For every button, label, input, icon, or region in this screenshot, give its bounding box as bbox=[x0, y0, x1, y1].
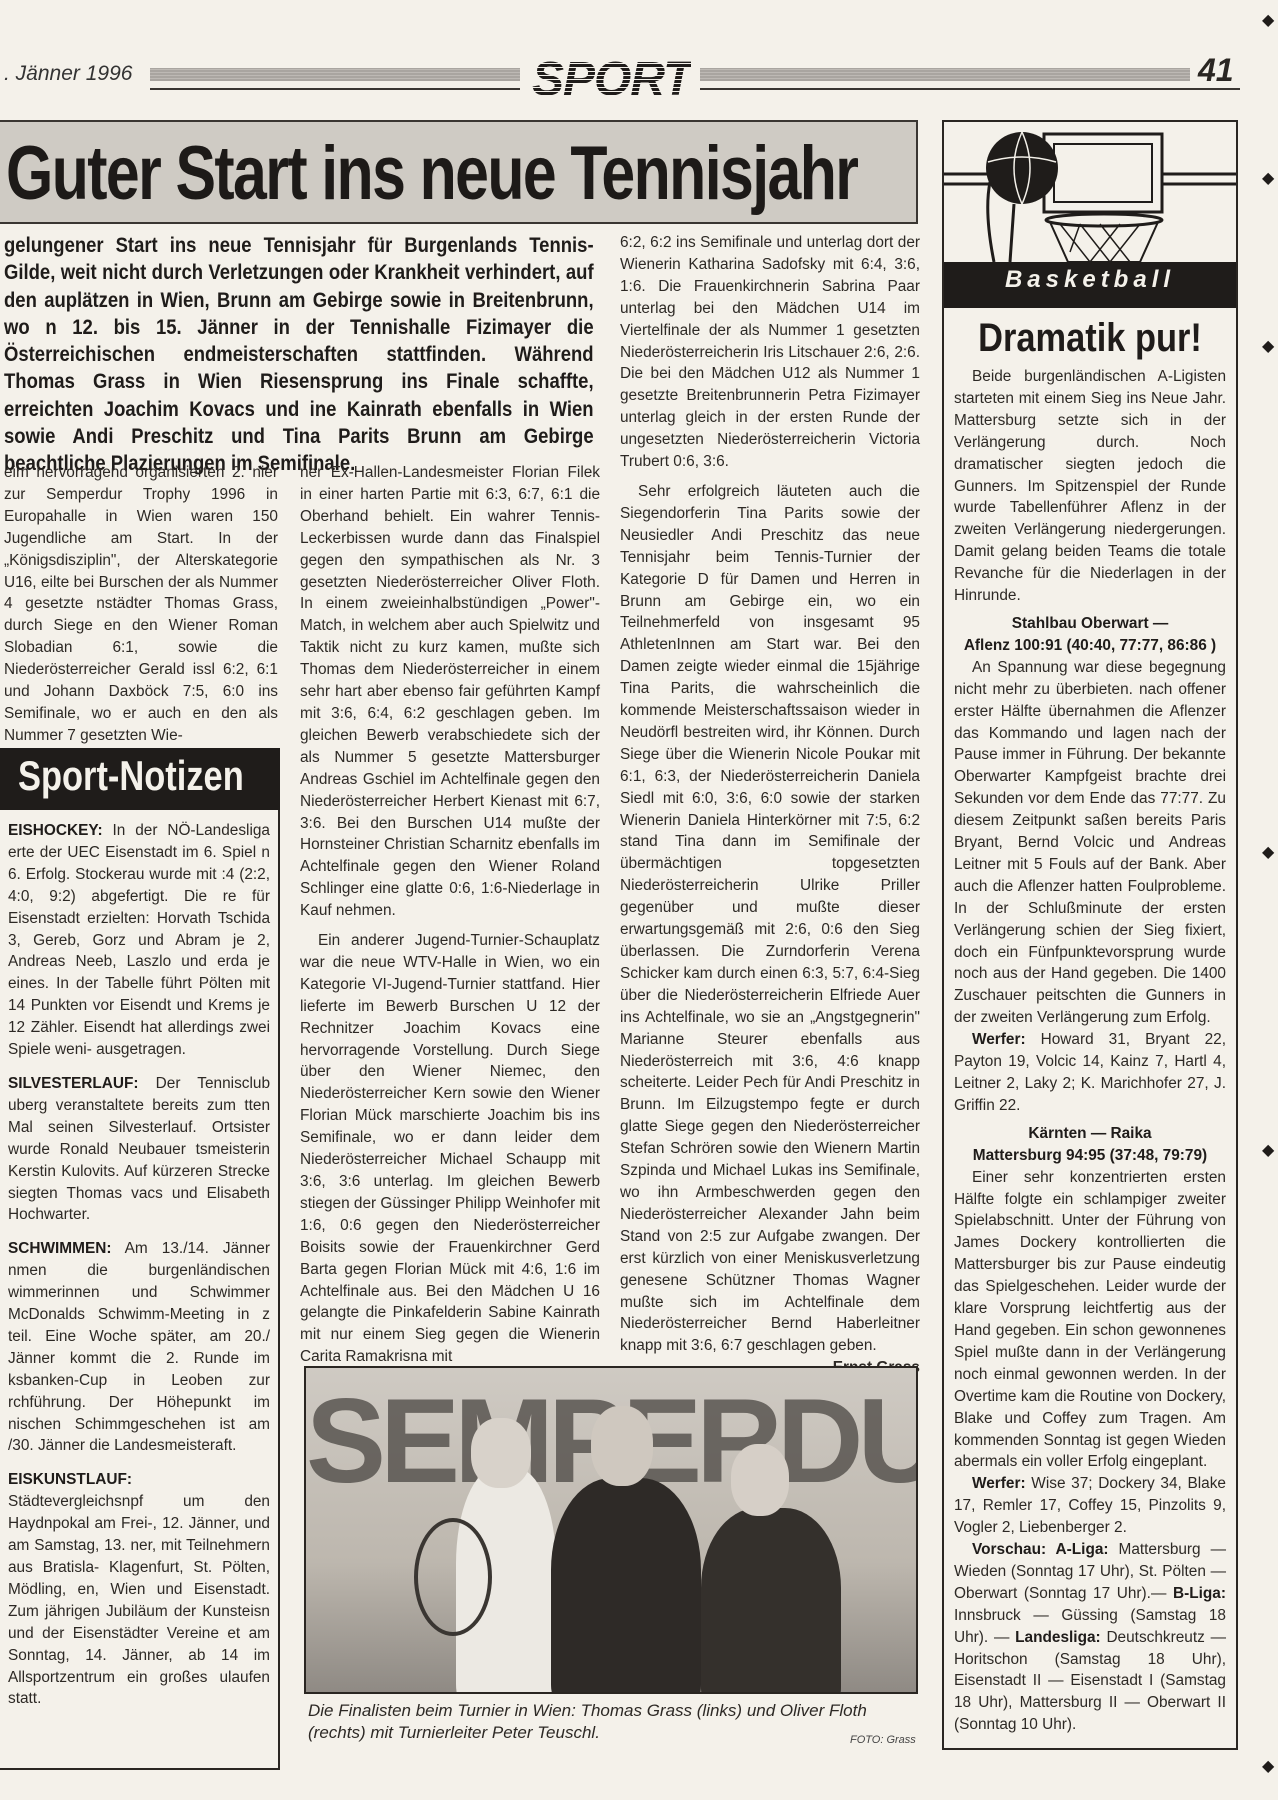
article-paragraph: ner Ex-Hallen-Landesmeister Florian File… bbox=[300, 462, 600, 922]
tennis-racket-icon bbox=[414, 1518, 492, 1636]
finalists-photo: SEMPERDU bbox=[304, 1366, 918, 1694]
match-2-report: Einer sehr konzentrierten ersten Hälfte … bbox=[954, 1167, 1226, 1474]
basketball-body: Beide burgenländischen A-Ligisten starte… bbox=[954, 366, 1226, 1736]
article-paragraph: Ein anderer Jugend-Turnier-Schauplatz wa… bbox=[300, 930, 600, 1368]
person-right bbox=[701, 1508, 841, 1694]
header-rule-right bbox=[700, 68, 1190, 81]
margin-mark: ◆ bbox=[1262, 1140, 1274, 1160]
margin-mark: ◆ bbox=[1262, 168, 1274, 188]
sport-notizen-title: Sport-Notizen bbox=[18, 752, 244, 800]
header-rule-left bbox=[150, 68, 520, 81]
margin-mark: ◆ bbox=[1262, 10, 1274, 30]
notice-item: SILVESTERLAUF: Der Tennisclub uberg vera… bbox=[8, 1073, 270, 1226]
margin-mark: ◆ bbox=[1262, 1756, 1274, 1776]
match-2-title: Kärnten — RaikaMattersburg 94:95 (37:48,… bbox=[954, 1123, 1226, 1167]
issue-date: . Jänner 1996 bbox=[4, 62, 132, 86]
article-paragraph: 6:2, 6:2 ins Semifinale und unterlag dor… bbox=[620, 232, 920, 473]
notice-item: EISKUNSTLAUF: Städtevergleichsnpf um den… bbox=[8, 1469, 270, 1710]
article-paragraph: Sehr erfolgreich läuteten auch die Siege… bbox=[620, 481, 920, 1357]
preview: Vorschau: A-Liga: Mattersburg — Wieden (… bbox=[954, 1539, 1226, 1736]
section-title: SPORT bbox=[532, 52, 691, 107]
match-1-title: Stahlbau Oberwart —Aflenz 100:91 (40:40,… bbox=[954, 613, 1226, 657]
photo-credit: FOTO: Grass bbox=[850, 1734, 916, 1746]
header-line-right bbox=[700, 88, 1240, 90]
person-center-head bbox=[591, 1406, 653, 1486]
article-headline: Guter Start ins neue Tennisjahr bbox=[6, 130, 857, 217]
sport-notizen-body: EISHOCKEY: In der NÖ-Landesliga erte der… bbox=[8, 820, 270, 1722]
basketball-headline: Dramatik pur! bbox=[964, 316, 1215, 361]
article-column-1: eim hervorragend organisierten 2. nier z… bbox=[4, 462, 278, 747]
margin-mark: ◆ bbox=[1262, 842, 1274, 862]
margin-mark: ◆ bbox=[1262, 336, 1274, 356]
article-lead: gelungener Start ins neue Tennisjahr für… bbox=[4, 232, 594, 478]
notice-item: EISHOCKEY: In der NÖ-Landesliga erte der… bbox=[8, 820, 270, 1061]
article-paragraph: eim hervorragend organisierten 2. nier z… bbox=[4, 462, 278, 747]
basketball-hoop-icon bbox=[944, 122, 1236, 262]
header-line-left bbox=[150, 88, 520, 90]
article-column-2: ner Ex-Hallen-Landesmeister Florian File… bbox=[300, 462, 600, 1368]
match-1-report: An Spannung war diese begegnung nicht me… bbox=[954, 657, 1226, 1029]
page-number: 41 bbox=[1198, 52, 1234, 89]
basketball-intro: Beide burgenländischen A-Ligisten starte… bbox=[954, 366, 1226, 607]
photo-caption: Die Finalisten beim Turnier in Wien: Tho… bbox=[308, 1700, 918, 1744]
person-left-head bbox=[471, 1418, 531, 1488]
person-center bbox=[551, 1478, 701, 1694]
person-right-head bbox=[731, 1444, 789, 1516]
match-2-scorers: Werfer: Wise 37; Dockery 34, Blake 17, R… bbox=[954, 1473, 1226, 1539]
notice-item: SCHWIMMEN: Am 13./14. Jänner nmen die bu… bbox=[8, 1238, 270, 1457]
match-1-scorers: Werfer: Howard 31, Bryant 22, Payton 19,… bbox=[954, 1029, 1226, 1117]
article-column-3: 6:2, 6:2 ins Semifinale und unterlag dor… bbox=[620, 232, 920, 1379]
basketball-section-label: Basketball bbox=[944, 266, 1236, 294]
